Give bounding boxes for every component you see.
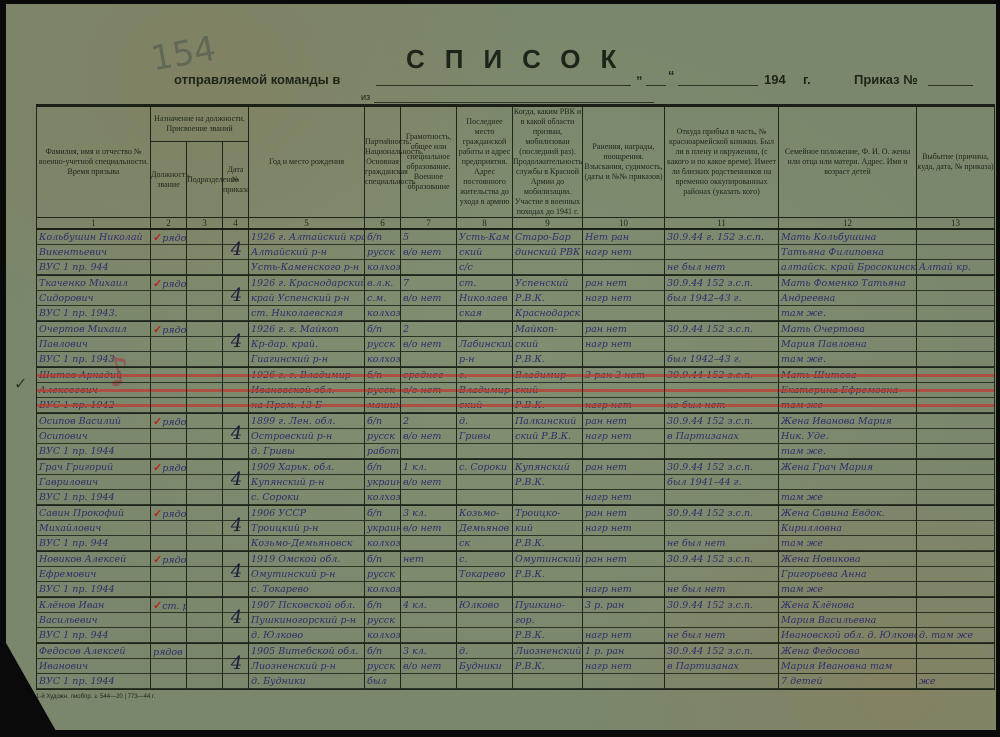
handwriting: Жена КлёноваМария ВасильевнаИвановской о… bbox=[779, 598, 916, 643]
origin-cell: 30.9.44 152 з.с.п.не был нет bbox=[665, 368, 779, 414]
handwritten-line: ский bbox=[459, 245, 512, 260]
handwritten-line: 30.9.44 152 з.с.п. bbox=[667, 460, 778, 475]
handwritten-line: там же bbox=[781, 536, 916, 551]
draft-cell: КупянскийР.В.К. bbox=[513, 460, 583, 506]
rank-text: рядов bbox=[162, 555, 186, 566]
handwriting: Мать ОчертоваМария Павловнатам же. bbox=[779, 322, 916, 367]
education-cell: среднеев/о нет bbox=[401, 368, 457, 414]
handwriting: в.л.к.с.м.колхоз bbox=[365, 276, 400, 321]
rank-cell: ✓рядов bbox=[151, 506, 187, 552]
handwritten-line: 7 детей bbox=[781, 674, 916, 689]
handwritten-line: Гривы bbox=[459, 429, 512, 444]
handwritten-line: ВУС 1 пр. 1944 bbox=[39, 490, 150, 505]
red-strikethrough bbox=[249, 374, 364, 377]
handwritten-line: 1909 Харьк. обл. bbox=[251, 460, 364, 475]
handwriting: Усть-Камскийс/с bbox=[457, 230, 512, 275]
handwriting: 4 bbox=[223, 644, 248, 684]
ruled-lines bbox=[187, 644, 222, 689]
handwriting bbox=[917, 552, 994, 597]
handwritten-line: Кр-дар. край. bbox=[251, 337, 364, 352]
handwritten-line: ВУС 1 пр. 944 bbox=[39, 536, 150, 551]
handwritten-line: 30.9.44 152 з.с.п. bbox=[667, 276, 778, 291]
handwriting bbox=[917, 506, 994, 551]
handwriting: с. Сороки bbox=[457, 460, 512, 505]
handwritten-line: кий bbox=[515, 521, 582, 536]
handwritten-line: ст. Николаевская bbox=[251, 306, 364, 321]
personnel-table: Фамилия, имя и отчество № военно-учетной… bbox=[36, 104, 995, 690]
handwritten-line: гор. bbox=[515, 613, 582, 628]
handwriting: 5в/о нет bbox=[401, 230, 456, 260]
handwritten-line: нет bbox=[403, 552, 456, 567]
draft-cell: Палкинскийский Р.В.К. bbox=[513, 414, 583, 460]
handwritten-line: Жена Клёнова bbox=[781, 598, 916, 613]
ruled-lines bbox=[187, 230, 222, 275]
handwritten-line: 1926 г. Краснодарский bbox=[251, 276, 364, 291]
header-draft: Когда, каким РВК и в какой области призв… bbox=[513, 106, 583, 218]
handwriting: ран нетнагр нет bbox=[583, 276, 664, 306]
handwriting: б/прусскколхоз bbox=[365, 230, 400, 275]
handwritten-line: Михайлович bbox=[39, 521, 150, 536]
handwriting: 30.9.44 152 з.с.п.был 1941–44 г. bbox=[665, 460, 778, 490]
handwritten-line: ВУС 1 пр. 1944 bbox=[39, 674, 150, 689]
handwriting: ран нетнагр нет bbox=[583, 322, 664, 352]
handwritten-line: 2 bbox=[403, 322, 456, 337]
handwritten-line: 1926 г. Алтайский край bbox=[251, 230, 364, 245]
handwriting bbox=[917, 276, 994, 321]
origin-cell: 30.9.44 152 з.с.п.не был нет bbox=[665, 552, 779, 598]
handwritten-line: 3 кл. bbox=[403, 644, 456, 659]
column-number: 8 bbox=[457, 218, 513, 230]
handwriting: 30.9.44 152 з.с.п.не был нет bbox=[665, 506, 778, 551]
unit-cell bbox=[187, 229, 223, 276]
table-row: Ткаченко МихаилСидоровичВУС 1 пр. 1943.✓… bbox=[37, 276, 995, 322]
handwriting: Алтай кр. bbox=[917, 230, 994, 275]
handwritten-line bbox=[667, 521, 778, 536]
table-row: Очертов МихаилПавловичВУС 1 пр. 1943✓ряд… bbox=[37, 322, 995, 368]
last-work-cell: Козьмо-Демьяновск bbox=[457, 506, 513, 552]
handwritten-line bbox=[919, 306, 994, 321]
red-strikethrough bbox=[37, 389, 150, 392]
handwritten-line bbox=[919, 552, 994, 567]
handwritten-line: 30.9.44 152 з.с.п. bbox=[667, 414, 778, 429]
family-cell: Мать ОчертоваМария Павловнатам же. bbox=[779, 322, 917, 368]
handwritten-line: Демьянов bbox=[459, 521, 512, 536]
handwritten-line: Осипов Василий bbox=[39, 414, 150, 429]
handwritten-line: Ник. Уде. bbox=[781, 429, 916, 444]
handwritten-line: д. bbox=[459, 644, 512, 659]
handwritten-line: д. Гривы bbox=[251, 444, 364, 459]
draft-cell: УспенскийР.В.К.Краснодарск bbox=[513, 276, 583, 322]
handwriting: нет bbox=[401, 552, 456, 582]
red-strikethrough bbox=[779, 389, 916, 392]
handwritten-line: украин bbox=[367, 475, 400, 490]
handwritten-line: Григорьева Анна bbox=[781, 567, 916, 582]
handwritten-line: русск bbox=[367, 337, 400, 352]
origin-cell: 30.9.44 152 з.с.п.был 1942–43 г. bbox=[665, 322, 779, 368]
handwriting: 4 bbox=[223, 414, 248, 454]
handwritten-line: ст. bbox=[459, 276, 512, 291]
handwriting: Троицко-кийР.В.К. bbox=[513, 506, 582, 551]
handwritten-line: 5 bbox=[403, 230, 456, 245]
handwritten-line: Козьмо-Демьяновск bbox=[251, 536, 364, 551]
handwriting: 4 bbox=[223, 506, 248, 546]
exit-cell bbox=[917, 368, 995, 414]
handwritten-line bbox=[919, 567, 994, 582]
red-strikethrough bbox=[365, 404, 400, 407]
handwritten-line bbox=[919, 475, 994, 490]
column-number: 9 bbox=[513, 218, 583, 230]
handwriting: 30.9.44 152 з.с.п.в Партизанах bbox=[665, 414, 778, 444]
handwritten-line: 4 кл. bbox=[403, 598, 456, 613]
handwritten-line: Лабинский bbox=[459, 337, 512, 352]
handwritten-line: Николаев bbox=[459, 291, 512, 306]
handwriting: 2в/о нет bbox=[401, 322, 456, 352]
handwriting bbox=[917, 322, 994, 367]
check-mark-icon: ✓ bbox=[153, 277, 162, 290]
handwriting: среднеев/о нет bbox=[401, 368, 456, 398]
ruled-lines bbox=[187, 322, 222, 367]
handwritten-line: в/о нет bbox=[403, 245, 456, 260]
handwriting: 7в/о нет bbox=[401, 276, 456, 306]
handwritten-line: нагр нет bbox=[585, 245, 664, 260]
last-work-cell: д.Будники bbox=[457, 644, 513, 690]
handwritten-line bbox=[919, 337, 994, 352]
rank-cell: ✓рядов bbox=[151, 552, 187, 598]
handwritten-line: нагр нет bbox=[585, 628, 664, 643]
red-strikethrough bbox=[665, 404, 778, 407]
red-strikethrough bbox=[583, 389, 664, 392]
family-cell: Жена НовиковаГригорьева Аннатам же bbox=[779, 552, 917, 598]
origin-cell: 30.9.44 152 з.с.п.в Партизанах bbox=[665, 414, 779, 460]
rank-cell: ✓рядов bbox=[151, 276, 187, 322]
name-cell: Федосов АлексейИвановичВУС 1 пр. 1944 bbox=[37, 644, 151, 690]
rank-cell bbox=[151, 368, 187, 414]
handwriting: б/пукраинколхоз bbox=[365, 460, 400, 505]
handwriting: 30.9.44 152 з.с.п.не был нет bbox=[665, 552, 778, 597]
order-cell: 4 bbox=[223, 644, 249, 690]
header-origin: Откуда прибыл в часть, № красноармейской… bbox=[665, 106, 779, 218]
handwriting: б/прусскбыл bbox=[365, 644, 400, 689]
handwritten-line: Сидорович bbox=[39, 291, 150, 306]
handwriting: 1926 г. Алтайский крайАлтайский р-нУсть-… bbox=[249, 230, 364, 275]
handwritten-line: нагр нет bbox=[585, 429, 664, 444]
handwritten-line: Татьяна Филиповна bbox=[781, 245, 916, 260]
header-education: Грамотность, общее или специальное образ… bbox=[401, 106, 457, 218]
header-exit: Выбытие (причина, куда, дата, № приказа) bbox=[917, 106, 995, 218]
handwritten-line bbox=[667, 245, 778, 260]
rank-text: рядов bbox=[162, 463, 186, 474]
last-work-cell: с. Сороки bbox=[457, 460, 513, 506]
handwritten-line: Гаврилович bbox=[39, 475, 150, 490]
red-strikethrough bbox=[917, 389, 994, 392]
red-strikethrough bbox=[513, 389, 582, 392]
handwriting: 4 bbox=[223, 552, 248, 592]
quote-open: „ bbox=[636, 66, 643, 81]
handwriting: 1 кл.в/о нет bbox=[401, 460, 456, 490]
red-strikethrough bbox=[187, 404, 222, 407]
handwritten-line: Омутинский bbox=[515, 552, 582, 567]
handwritten-line: Старо-Бар bbox=[515, 230, 582, 245]
handwriting: Палкинскийский Р.В.К. bbox=[513, 414, 582, 444]
party-cell: б/прусскмашин bbox=[365, 368, 401, 414]
handwritten-line: 30.9.44 152 з.с.п. bbox=[667, 644, 778, 659]
handwriting: Очертов МихаилПавловичВУС 1 пр. 1943 bbox=[37, 322, 150, 367]
handwritten-line bbox=[585, 613, 664, 628]
red-strikethrough bbox=[365, 374, 400, 377]
handwriting: ✓рядов bbox=[151, 322, 186, 338]
handwritten-line: б/п bbox=[367, 506, 400, 521]
handwritten-line: в/о нет bbox=[403, 337, 456, 352]
red-strikethrough bbox=[457, 374, 512, 377]
ruled-lines bbox=[187, 460, 222, 505]
unit-cell bbox=[187, 460, 223, 506]
awards-cell: ран нетнагр нет bbox=[583, 322, 665, 368]
draft-cell: Майкоп-скийР.В.К. bbox=[513, 322, 583, 368]
handwriting: ✓рядов bbox=[151, 276, 186, 292]
header-assignment-group: Назначение на должности. Присвоение зван… bbox=[151, 106, 249, 142]
handwritten-line: в/о нет bbox=[403, 521, 456, 536]
handwriting: Жена ФедосоваМария Ивановна там7 детей bbox=[779, 644, 916, 689]
ruled-lines bbox=[187, 598, 222, 643]
red-strikethrough bbox=[151, 374, 186, 377]
handwritten-line: нагр нет bbox=[585, 490, 664, 505]
handwritten-line: колхоз bbox=[367, 582, 400, 597]
birth-cell: 1926 г. Краснодарскийкрай Успенский р-нс… bbox=[249, 276, 365, 322]
handwriting: б/пукраинколхоз bbox=[365, 506, 400, 551]
check-mark-icon: ✓ bbox=[153, 461, 162, 474]
handwriting: 1 р. раннагр нет bbox=[583, 644, 664, 674]
handwritten-line: б/п bbox=[367, 598, 400, 613]
red-strikethrough bbox=[583, 404, 664, 407]
handwriting: 1926 г. г. МайкопКр-дар. край.Гиагинский… bbox=[249, 322, 364, 367]
handwritten-line: же bbox=[919, 674, 994, 689]
handwritten-line: Кирилловна bbox=[781, 521, 916, 536]
rank-text: ст. рядов bbox=[162, 601, 186, 612]
header-unit: Подразделение bbox=[187, 142, 223, 218]
awards-cell: ран нетнагр нет bbox=[583, 506, 665, 552]
handwritten-line: Осипович bbox=[39, 429, 150, 444]
draft-cell: ЛиозненскийР.В.К. bbox=[513, 644, 583, 690]
order-label: Приказ № bbox=[854, 72, 918, 87]
handwritten-line: с. bbox=[459, 552, 512, 567]
column-number: 10 bbox=[583, 218, 665, 230]
name-cell: Грач ГригорийГавриловичВУС 1 пр. 1944 bbox=[37, 460, 151, 506]
handwritten-line: б/п bbox=[367, 644, 400, 659]
handwritten-line: край Успенский р-н bbox=[251, 291, 364, 306]
handwritten-line bbox=[919, 429, 994, 444]
order-cell: 4 bbox=[223, 460, 249, 506]
red-strikethrough bbox=[401, 404, 456, 407]
handwritten-line: ск bbox=[459, 536, 512, 551]
handwriting: 3 кл.в/о нет bbox=[401, 506, 456, 536]
handwritten-line bbox=[667, 337, 778, 352]
header-name: Фамилия, имя и отчество № военно-учетной… bbox=[37, 106, 151, 218]
handwritten-line: в/о нет bbox=[403, 429, 456, 444]
handwritten-line: русск bbox=[367, 245, 400, 260]
handwritten-line: Пушкино- bbox=[515, 598, 582, 613]
draft-cell: Троицко-кийР.В.К. bbox=[513, 506, 583, 552]
handwriting: д. там же bbox=[917, 598, 994, 643]
column-number: 13 bbox=[917, 218, 995, 230]
handwritten-line bbox=[403, 567, 456, 582]
table-row: Кольбушин НиколайВикентьевичВУС 1 пр. 94… bbox=[37, 229, 995, 276]
handwriting: Лабинскийр-н bbox=[457, 322, 512, 367]
education-cell: 4 кл. bbox=[401, 598, 457, 644]
handwritten-line: 1926 г. г. Майкоп bbox=[251, 322, 364, 337]
exit-cell bbox=[917, 322, 995, 368]
handwritten-line: Купянский bbox=[515, 460, 582, 475]
family-cell: Жена КлёноваМария ВасильевнаИвановской о… bbox=[779, 598, 917, 644]
handwritten-line: б/п bbox=[367, 460, 400, 475]
last-work-cell: Юлково bbox=[457, 598, 513, 644]
red-strikethrough bbox=[151, 389, 186, 392]
handwritten-line: работ. bbox=[367, 444, 400, 459]
handwritten-line: Усть-Кам bbox=[459, 230, 512, 245]
handwritten-line: колхоз bbox=[367, 490, 400, 505]
handwritten-line: 30.9.44 152 з.с.п. bbox=[667, 506, 778, 521]
red-strikethrough bbox=[151, 404, 186, 407]
party-cell: б/прусскколхоз bbox=[365, 229, 401, 276]
handwritten-line: д. там же bbox=[919, 628, 994, 643]
handwriting: б/прусскработ. bbox=[365, 414, 400, 459]
last-work-cell: Усть-Камскийс/с bbox=[457, 229, 513, 276]
handwriting: Пушкино-гор.Р.В.К. bbox=[513, 598, 582, 643]
handwritten-line: динский РВК bbox=[515, 245, 582, 260]
ruled-lines bbox=[187, 552, 222, 597]
rank-text: рядов bbox=[162, 325, 186, 336]
handwriting: Мать Фоменко ТатьянаАндреевнатам же. bbox=[779, 276, 916, 321]
red-strikethrough bbox=[37, 374, 150, 377]
rank-text: рядовой bbox=[162, 233, 186, 244]
column-number: 5 bbox=[249, 218, 365, 230]
awards-cell: ран нетнагр нет bbox=[583, 276, 665, 322]
header-position: Должность, звание bbox=[151, 142, 187, 218]
handwritten-line bbox=[919, 230, 994, 245]
party-cell: б/прусскколхоз bbox=[365, 552, 401, 598]
order-cell bbox=[223, 368, 249, 414]
handwritten-line: Троицкий р-н bbox=[251, 521, 364, 536]
red-strikethrough bbox=[223, 389, 248, 392]
red-strikethrough bbox=[37, 404, 150, 407]
handwriting: Жена Иванова МарияНик. Уде.там же. bbox=[779, 414, 916, 459]
handwritten-line: Жена Иванова Мария bbox=[781, 414, 916, 429]
handwritten-line bbox=[919, 598, 994, 613]
handwritten-line: Мария Павловна bbox=[781, 337, 916, 352]
handwritten-line bbox=[459, 322, 512, 337]
handwritten-line: ран нет bbox=[585, 414, 664, 429]
birth-cell: 1926 г. г. МайкопКр-дар. край.Гиагинский… bbox=[249, 322, 365, 368]
handwritten-line: Ивановской обл. д. Юлково bbox=[781, 628, 916, 643]
handwriting: ✓рядов bbox=[151, 552, 186, 568]
red-strikethrough bbox=[457, 389, 512, 392]
header-birth: Год и место рождения bbox=[249, 106, 365, 218]
handwritten-line: Мать Кольбушина bbox=[781, 230, 916, 245]
rank-text: рядов bbox=[162, 509, 186, 520]
unit-cell bbox=[187, 552, 223, 598]
handwritten-line: Р.В.К. bbox=[515, 567, 582, 582]
handwritten-line: нагр нет bbox=[585, 582, 664, 597]
handwritten-line bbox=[919, 276, 994, 291]
handwriting: Жена НовиковаГригорьева Аннатам же bbox=[779, 552, 916, 597]
family-cell: Жена Грач Мариятам же bbox=[779, 460, 917, 506]
handwritten-line bbox=[667, 613, 778, 628]
order-cell: 4 bbox=[223, 322, 249, 368]
handwritten-line: Алтай кр. bbox=[919, 260, 994, 275]
handwriting: б/прусскколхоз bbox=[365, 598, 400, 643]
rank-text: рядов bbox=[162, 279, 186, 290]
red-strikethrough bbox=[187, 389, 222, 392]
awards-cell: ран нетнагр нет bbox=[583, 460, 665, 506]
handwritten-line: Васильевич bbox=[39, 613, 150, 628]
month-blank bbox=[678, 84, 758, 86]
handwritten-line: там же bbox=[781, 490, 916, 505]
handwriting: Нет раннагр нет bbox=[583, 230, 664, 260]
handwritten-line bbox=[919, 245, 994, 260]
check-mark-icon: ✓ bbox=[153, 599, 162, 612]
handwritten-line bbox=[585, 475, 664, 490]
handwritten-line: Омутинский р-н bbox=[251, 567, 364, 582]
exit-cell: же bbox=[917, 644, 995, 690]
check-mark-icon: ✓ bbox=[153, 507, 162, 520]
handwritten-line: колхоз bbox=[367, 306, 400, 321]
handwritten-line: нагр нет bbox=[585, 659, 664, 674]
table-row: Федосов АлексейИвановичВУС 1 пр. 1944ряд… bbox=[37, 644, 995, 690]
column-number: 7 bbox=[401, 218, 457, 230]
handwritten-line bbox=[919, 291, 994, 306]
handwritten-line: Р.В.К. bbox=[515, 291, 582, 306]
handwriting: УспенскийР.В.К.Краснодарск bbox=[513, 276, 582, 321]
red-strikethrough bbox=[249, 389, 364, 392]
handwritten-line bbox=[667, 567, 778, 582]
handwriting: ✓рядовой bbox=[151, 230, 186, 246]
draft-cell: ОмутинскийР.В.К. bbox=[513, 552, 583, 598]
handwritten-line: 30.9.44 152 з.с.п. bbox=[667, 598, 778, 613]
handwritten-line: 30.9.44 152 з.с.п. bbox=[667, 552, 778, 567]
birth-cell: 1926 г. Алтайский крайАлтайский р-нУсть-… bbox=[249, 229, 365, 276]
handwritten-line: Р.В.К. bbox=[515, 628, 582, 643]
handwritten-line bbox=[459, 444, 512, 459]
handwriting: Козьмо-Демьяновск bbox=[457, 506, 512, 551]
handwritten-line: украин bbox=[367, 521, 400, 536]
handwritten-line: б/п bbox=[367, 322, 400, 337]
handwritten-line: Майкоп- bbox=[515, 322, 582, 337]
handwritten-line: Усть-Каменского р-н bbox=[251, 260, 364, 275]
handwritten-line: Гиагинский р-н bbox=[251, 352, 364, 367]
handwriting: 4 bbox=[223, 230, 248, 270]
birth-cell: 1899 г. Лен. обл.Островский р-нд. Гривы bbox=[249, 414, 365, 460]
handwriting: 30.9.44 г. 152 з.с.п.не был нет bbox=[665, 230, 778, 275]
handwritten-line: ран нет bbox=[585, 322, 664, 337]
handwritten-line: нагр нет bbox=[585, 337, 664, 352]
ruled-lines bbox=[187, 506, 222, 551]
table-row: Грач ГригорийГавриловичВУС 1 пр. 1944✓ря… bbox=[37, 460, 995, 506]
birth-cell: 1909 Харьк. обл.Купянский р-нс. Сороки bbox=[249, 460, 365, 506]
origin-cell: 30.9.44 152 з.с.п.не был нет bbox=[665, 598, 779, 644]
handwriting: 1909 Харьк. обл.Купянский р-нс. Сороки bbox=[249, 460, 364, 505]
handwritten-line bbox=[919, 444, 994, 459]
handwritten-line: ВУС 1 пр. 1944 bbox=[39, 582, 150, 597]
handwritten-line: Ефремович bbox=[39, 567, 150, 582]
table-row: Савин ПрокофийМихайловичВУС 1 пр. 944✓ря… bbox=[37, 506, 995, 552]
order-cell: 4 bbox=[223, 276, 249, 322]
handwriting: 2в/о нет bbox=[401, 414, 456, 444]
handwritten-line: ский Р.В.К. bbox=[515, 429, 582, 444]
handwritten-line: был bbox=[367, 674, 400, 689]
check-mark-icon: ✓ bbox=[153, 323, 162, 336]
handwritten-line: Иванович bbox=[39, 659, 150, 674]
column-number: 4 bbox=[223, 218, 249, 230]
handwritten-line: 7 bbox=[403, 276, 456, 291]
